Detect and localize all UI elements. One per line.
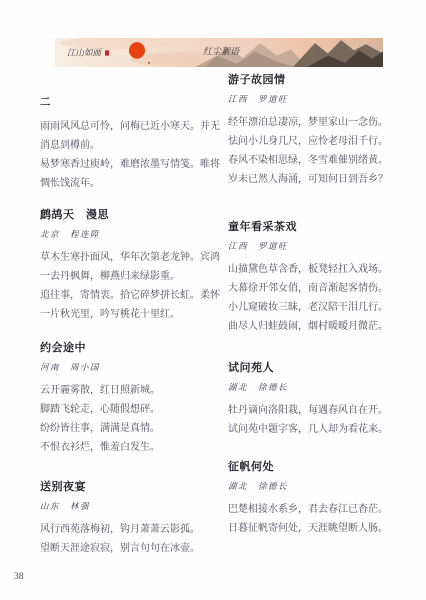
banner-title-left: 江山如画 [67,47,102,57]
verse-line: 日暮征帆寄何处，天涯眺望断人肠。 [228,519,410,538]
poem-title: 约会途中 [40,342,222,355]
poem-title: 鹧鸪天 漫思 [40,209,222,222]
verse-line: 雨雨风风总可怜，问梅已近小寒天。并无 [40,117,222,136]
poem-title: 送别夜宴 [40,481,222,494]
verse-line: 大幕徐开邻女俏，南音渐起客情伤。 [228,279,410,298]
poem: 征帆何处 湖北 徐德长 巴楚相接水系乡，君去春江已杳茫。 日暮征帆寄何处，天涯眺… [228,461,410,538]
verse-line: 巴楚相接水系乡，君去春江已杳茫。 [228,500,410,519]
verse-line: 山描黛色草含香，板凳轻扛入戏场。 [228,260,410,279]
verse-line: 春风不染相思绿，冬雪难催别绪黄。 [228,151,410,170]
verse-line: 消息到樽前。 [40,136,222,155]
poem-title: 游子故园情 [228,74,410,87]
poem: 约会途中 河南 周小国 云开霾雾散，红日照新城。 脚踏飞轮走，心随假想砰。 纷纷… [40,342,222,457]
verse-line: 岁末已然人海涌，可知何日到吾乡？ [228,170,410,189]
poem-author: 湖北 徐德长 [228,382,410,392]
poem-continued: 二 雨雨风风总可怜，问梅已近小寒天。并无 消息到樽前。 易梦寒香过庾岭，难磨浓墨… [40,96,222,193]
verse-line: 一去丹枫舞，柳燕归来绿影重。 [40,267,222,286]
verse-line: 惆怅饯流年。 [40,174,222,193]
poem-author: 河南 周小国 [40,362,222,372]
verse-line: 纷纷皆往事，满满是真情。 [40,419,222,438]
verse-line: 牡丹谪向洛阳栽，每遇春风自在开。 [228,401,410,420]
verse-line: 经年漂泊总凄凉，梦里家山一念伤。 [228,113,410,132]
poem: 送别夜宴 山东 林强 风行西苑落梅初，钩月萧萧云影孤。 望断天涯途寂寂，别言句句… [40,481,222,558]
verse-line: 云开霾雾散，红日照新城。 [40,381,222,400]
poem: 游子故园情 江西 罗道旺 经年漂泊总凄凉，梦里家山一念伤。 怯问小儿身几尺，应怜… [228,74,410,189]
verse-line: 草木生寒扑面风，华年次第老龙钟。宾鸿 [40,248,222,267]
book-page: 江山如画 红尘絮语 二 雨雨风风总可怜，问梅已近小寒天。并无 消息到樽前。 易梦… [0,0,426,600]
poem: 鹧鸪天 漫思 北京 程连陞 草木生寒扑面风，华年次第老龙钟。宾鸿 一去丹枫舞，柳… [40,209,222,324]
verse-line: 追往事，寄情衷。拾它碎梦拼长虹。柔怀 [40,286,222,305]
right-column: 游子故园情 江西 罗道旺 经年漂泊总凄凉，梦里家山一念伤。 怯问小儿身几尺，应怜… [228,74,410,538]
poem-title: 试问苑人 [228,362,410,375]
poem: 试问苑人 湖北 徐德长 牡丹谪向洛阳栽，每遇春风自在开。 试问苑中题字客，几人却… [228,362,410,439]
verse-line: 试问苑中题字客，几人却为看花来。 [228,420,410,439]
verse-line: 曲尽人归蛙鼓闹，烟村暖暧月微茫。 [228,317,410,336]
poem-section-number: 二 [40,96,222,109]
bird-dot-icon [148,62,150,64]
header-banner-art: 江山如画 红尘絮语 [55,38,383,67]
poem-title: 征帆何处 [228,461,410,474]
verse-line: 小儿窥破妆三昧，老汉陪干泪几行。 [228,298,410,317]
verse-line: 风行西苑落梅初，钩月萧萧云影孤。 [40,520,222,539]
verse-line: 怯问小儿身几尺，应怜老母泪千行。 [228,132,410,151]
left-column: 二 雨雨风风总可怜，问梅已近小寒天。并无 消息到樽前。 易梦寒香过庾岭，难磨浓墨… [40,96,222,558]
poem-author: 江西 罗道旺 [228,241,410,251]
verse-line: 易梦寒香过庾岭，难磨浓墨写情笺。唯将 [40,155,222,174]
seal-stamp-icon [105,50,109,55]
verse-line: 脚踏飞轮走，心随假想砰。 [40,400,222,419]
poem-title: 童年看采茶戏 [228,221,410,234]
banner-title-right: 红尘絮语 [203,46,241,56]
verse-line: 望断天涯途寂寂，别言句句在冰壶。 [40,539,222,558]
page-number: 38 [14,572,24,582]
poem-author: 山东 林强 [40,501,222,511]
poem: 童年看采茶戏 江西 罗道旺 山描黛色草含香，板凳轻扛入戏场。 大幕徐开邻女俏，南… [228,221,410,336]
red-sun-icon [129,42,145,59]
landscape-painting-icon: 江山如画 红尘絮语 [55,38,383,67]
verse-line: 一片秋光里，吟写桃花十里红。 [40,305,222,324]
verse-line: 不恨衣衫烂，惟羞白发生。 [40,438,222,457]
poem-author: 江西 罗道旺 [228,94,410,104]
poem-author: 北京 程连陞 [40,229,222,239]
poem-author: 湖北 徐德长 [228,481,410,491]
